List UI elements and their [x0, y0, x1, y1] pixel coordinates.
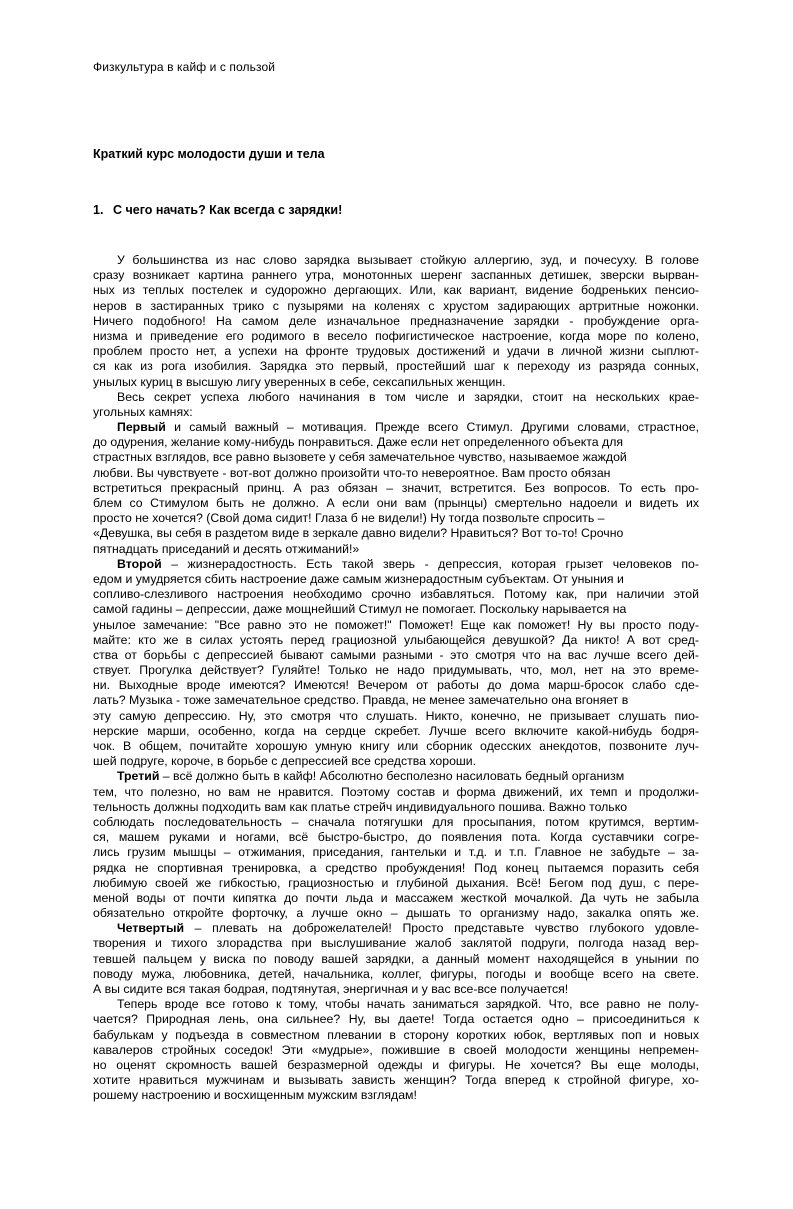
text-line: просто не хочется? (Свой дома сидит! Гла… — [93, 511, 699, 526]
text-line: творения и тихого злорадства при выслуши… — [93, 936, 699, 951]
line-text: страстных взглядов, все равно вызовете у… — [93, 450, 627, 464]
text-line: хотите нравиться мужчинам и вызывать зав… — [93, 1073, 699, 1088]
line-text: Весь секрет успеха любого начинания в то… — [117, 390, 699, 404]
line-text: до одурения, желание кому-нибудь понрави… — [93, 435, 623, 449]
text-line: угольных камнях: — [93, 405, 699, 420]
text-line: унылое замечание: "Все равно это не помо… — [93, 618, 699, 633]
line-text: ся, машем руками и ногами, всё быстро-бы… — [93, 830, 699, 844]
text-line: ствует. Прогулка действует? Гуляйте! Тол… — [93, 663, 699, 678]
text-line: пятнадцать приседаний и десять отжиманий… — [93, 542, 699, 557]
text-line: эту самую депрессию. Ну, это смотря что … — [93, 709, 699, 724]
text-line: Первый и самый важный – мотивация. Прежд… — [93, 420, 699, 435]
line-text: любви. Вы чувствуете - вот-вот должно пр… — [93, 466, 610, 480]
line-text: – всё должно быть в кайф! Абсолютно бесп… — [159, 769, 624, 783]
line-text: рошему настроению и восхищенным мужским … — [93, 1088, 417, 1102]
line-text: ных из теплых постелек и судорожно дерга… — [93, 283, 699, 297]
text-line: любви. Вы чувствуете - вот-вот должно пр… — [93, 466, 699, 481]
line-text: тельность должны подходить вам как плать… — [93, 800, 627, 814]
text-line: ся, машем руками и ногами, всё быстро-бы… — [93, 830, 699, 845]
line-text: едом и умудряется сбить настроение даже … — [93, 572, 624, 586]
line-text: лать? Музыка - тоже замечательное средст… — [93, 693, 628, 707]
line-text: хотите нравиться мужчинам и вызывать зав… — [93, 1073, 699, 1087]
text-line: блем со Стимулом быть не должно. А если … — [93, 496, 699, 511]
bold-lead-word: Второй — [117, 557, 162, 571]
text-line: лать? Музыка - тоже замечательное средст… — [93, 693, 699, 708]
line-text: ни. Выходные вроде имеются? Имеются! Веч… — [93, 678, 699, 692]
line-text: ся как из рога изобилия. Зарядка это пер… — [93, 359, 699, 373]
line-text: и самый важный – мотивация. Прежде всего… — [166, 420, 699, 434]
line-text: сразу возникает картина раннего утра, мо… — [93, 268, 699, 282]
line-text: лись грузим мышцы – отжимания, приседани… — [93, 845, 699, 859]
line-text: кавалеров стройных соседок! Эти «мудрые»… — [93, 1043, 699, 1057]
text-line: ных из теплых постелек и судорожно дерга… — [93, 283, 699, 298]
text-line: самой гадины – депрессии, даже мощнейший… — [93, 602, 699, 617]
line-text: бабулькам у подъезда в совместном плеван… — [93, 1028, 699, 1042]
line-text: – плевать на доброжелателей! Просто пред… — [184, 921, 699, 935]
line-text: эту самую депрессию. Ну, это смотря что … — [93, 709, 699, 723]
text-line: Второй – жизнерадостность. Есть такой зв… — [93, 557, 699, 572]
line-text: блем со Стимулом быть не должно. А если … — [93, 496, 699, 510]
text-line: чок. В общем, почитайте хорошую умную кн… — [93, 739, 699, 754]
line-text: творения и тихого злорадства при выслуши… — [93, 936, 699, 950]
text-line: соблюдать последовательность – сначала п… — [93, 815, 699, 830]
text-line: обязательно откройте форточку, а лучше о… — [93, 906, 699, 921]
text-line: «Девушка, вы себя в раздетом виде в зерк… — [93, 526, 699, 541]
line-text: сопливо-слезливого настроения необходимо… — [93, 587, 699, 601]
body-text: У большинства из нас слово зарядка вызыв… — [93, 253, 699, 1104]
text-line: шей подруге, короче, в борьбе с депресси… — [93, 754, 699, 769]
document-title: Краткий курс молодости души и тела — [93, 147, 325, 162]
text-line: едом и умудряется сбить настроение даже … — [93, 572, 699, 587]
line-text: неров в застиранных трико с пузырями на … — [93, 299, 699, 313]
line-text: ства от борьбы с депрессией бывают самым… — [93, 648, 699, 662]
text-line: А вы сидите вся такая бодрая, подтянутая… — [93, 982, 699, 997]
text-line: неров в застиранных трико с пузырями на … — [93, 299, 699, 314]
running-title: Физкультура в кайф и с пользой — [93, 60, 275, 74]
line-text: унылое замечание: "Все равно это не помо… — [93, 618, 699, 632]
text-line: до одурения, желание кому-нибудь понрави… — [93, 435, 699, 450]
text-line: меной воды от почти кипятка до почти льд… — [93, 891, 699, 906]
line-text: но оценят скромность вашей безразмерной … — [93, 1058, 699, 1072]
text-line: унылых куриц в высшую лигу уверенных в с… — [93, 375, 699, 390]
line-text: пятнадцать приседаний и десять отжиманий… — [93, 542, 359, 556]
line-text: проблем просто нет, а успехи на фронте т… — [93, 344, 699, 358]
line-text: низма и приведение его родимого в весело… — [93, 329, 699, 343]
line-text: самой гадины – депрессии, даже мощнейший… — [93, 602, 626, 616]
line-text: А вы сидите вся такая бодрая, подтянутая… — [93, 982, 568, 996]
line-text: тем, что полезно, но вам не нравится. По… — [93, 785, 699, 799]
text-line: нерские марши, особенно, когда на сердце… — [93, 724, 699, 739]
line-text: тевшей пальцем у виска по поводу вашей з… — [93, 952, 699, 966]
line-text: обязательно откройте форточку, а лучше о… — [93, 906, 699, 920]
text-line: ства от борьбы с депрессией бывают самым… — [93, 648, 699, 663]
section-number: 1. — [93, 203, 113, 218]
text-line: проблем просто нет, а успехи на фронте т… — [93, 344, 699, 359]
line-text: шей подруге, короче, в борьбе с депресси… — [93, 754, 476, 768]
text-line: тевшей пальцем у виска по поводу вашей з… — [93, 952, 699, 967]
text-line: тем, что полезно, но вам не нравится. По… — [93, 785, 699, 800]
line-text: майте: кто же в силах устоять перед грац… — [93, 633, 699, 647]
text-line: страстных взглядов, все равно вызовете у… — [93, 450, 699, 465]
bold-lead-word: Первый — [117, 420, 166, 434]
text-line: любимую своей же гибкостью, грациозность… — [93, 876, 699, 891]
line-text: поводу мужа, любовника, детей, начальник… — [93, 967, 699, 981]
line-text: рядка не спортивная тренировка, а средст… — [93, 861, 699, 875]
line-text: меной воды от почти кипятка до почти льд… — [93, 891, 699, 905]
document-page: Физкультура в кайф и с пользой Краткий к… — [0, 0, 793, 1209]
section-heading-text: С чего начать? Как всегда с зарядки! — [113, 203, 342, 217]
text-line: чается? Природная лень, она сильнее? Ну,… — [93, 1012, 699, 1027]
text-line: Теперь вроде все готово к тому, чтобы на… — [93, 997, 699, 1012]
text-line: сопливо-слезливого настроения необходимо… — [93, 587, 699, 602]
text-line: рошему настроению и восхищенным мужским … — [93, 1088, 699, 1103]
line-text: ствует. Прогулка действует? Гуляйте! Тол… — [93, 663, 699, 677]
line-text: Ничего подобного! На самом деле изначаль… — [93, 314, 699, 328]
line-text: чок. В общем, почитайте хорошую умную кн… — [93, 739, 699, 753]
line-text: просто не хочется? (Свой дома сидит! Гла… — [93, 511, 605, 525]
bold-lead-word: Четвертый — [117, 921, 184, 935]
line-text: У большинства из нас слово зарядка вызыв… — [117, 253, 699, 267]
text-line: тельность должны подходить вам как плать… — [93, 800, 699, 815]
line-text: «Девушка, вы себя в раздетом виде в зерк… — [93, 526, 623, 540]
text-line: ся как из рога изобилия. Зарядка это пер… — [93, 359, 699, 374]
text-line: У большинства из нас слово зарядка вызыв… — [93, 253, 699, 268]
text-line: лись грузим мышцы – отжимания, приседани… — [93, 845, 699, 860]
text-line: сразу возникает картина раннего утра, мо… — [93, 268, 699, 283]
text-line: Ничего подобного! На самом деле изначаль… — [93, 314, 699, 329]
line-text: Теперь вроде все готово к тому, чтобы на… — [117, 997, 699, 1011]
text-line: поводу мужа, любовника, детей, начальник… — [93, 967, 699, 982]
line-text: угольных камнях: — [93, 405, 193, 419]
line-text: – жизнерадостность. Есть такой зверь - д… — [162, 557, 699, 571]
text-line: рядка не спортивная тренировка, а средст… — [93, 861, 699, 876]
text-line: кавалеров стройных соседок! Эти «мудрые»… — [93, 1043, 699, 1058]
text-line: Четвертый – плевать на доброжелателей! П… — [93, 921, 699, 936]
text-line: низма и приведение его родимого в весело… — [93, 329, 699, 344]
line-text: нерские марши, особенно, когда на сердце… — [93, 724, 699, 738]
line-text: соблюдать последовательность – сначала п… — [93, 815, 699, 829]
line-text: встретиться прекрасный принц. А раз обяз… — [93, 481, 699, 495]
text-line: бабулькам у подъезда в совместном плеван… — [93, 1028, 699, 1043]
text-line: Весь секрет успеха любого начинания в то… — [93, 390, 699, 405]
line-text: унылых куриц в высшую лигу уверенных в с… — [93, 375, 506, 389]
bold-lead-word: Третий — [117, 769, 159, 783]
text-line: ни. Выходные вроде имеются? Имеются! Веч… — [93, 678, 699, 693]
text-line: Третий – всё должно быть в кайф! Абсолют… — [93, 769, 699, 784]
section-heading: 1.С чего начать? Как всегда с зарядки! — [93, 203, 342, 218]
text-line: майте: кто же в силах устоять перед грац… — [93, 633, 699, 648]
text-line: встретиться прекрасный принц. А раз обяз… — [93, 481, 699, 496]
line-text: любимую своей же гибкостью, грациозность… — [93, 876, 699, 890]
text-line: но оценят скромность вашей безразмерной … — [93, 1058, 699, 1073]
line-text: чается? Природная лень, она сильнее? Ну,… — [93, 1012, 699, 1026]
